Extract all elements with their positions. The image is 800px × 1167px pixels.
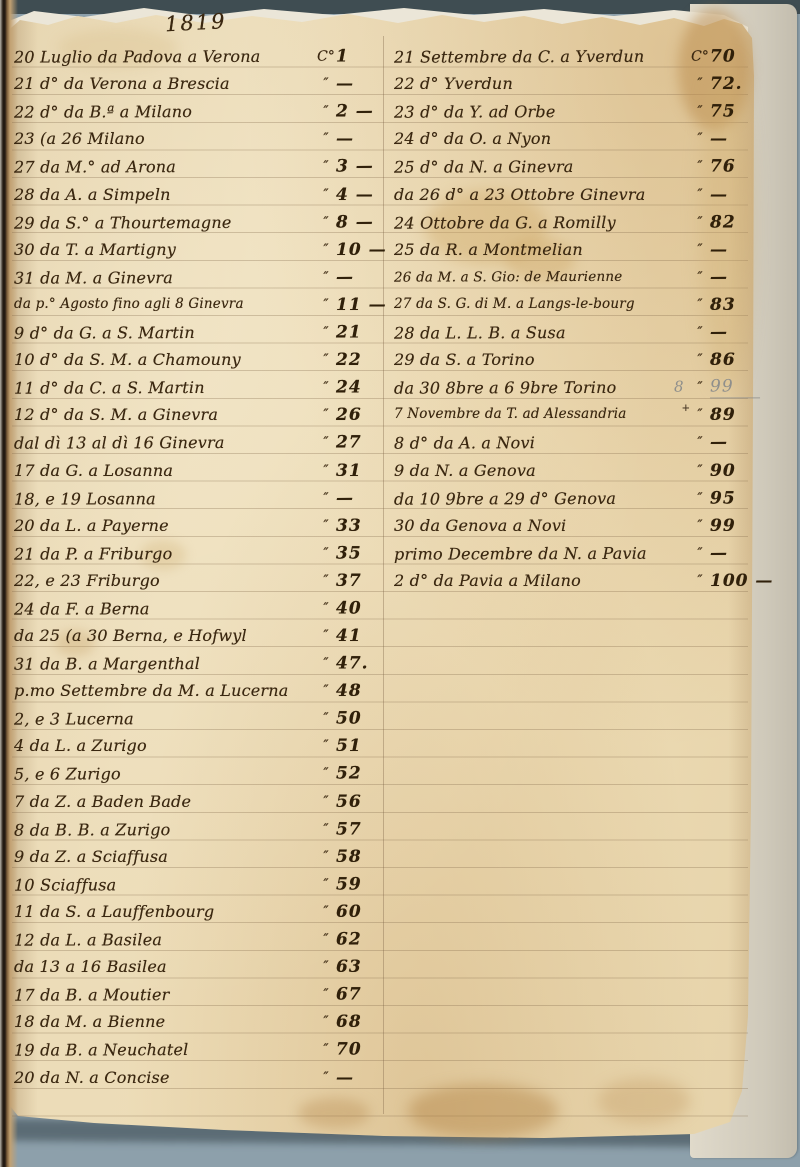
page-number: 1 <box>336 46 386 67</box>
ditto-mark: ″ <box>316 821 336 840</box>
route-text: 23 (a 26 Milano <box>14 129 316 150</box>
route-text: 7 Novembre da T. ad Alessandria <box>394 406 682 426</box>
ditto-mark: ″ <box>690 131 710 150</box>
page-number: 31 <box>336 461 386 482</box>
page-number: 95 <box>710 487 760 508</box>
ditto-mark: ″ <box>690 159 710 178</box>
route-text: 8 d° da A. a Novi <box>394 433 690 455</box>
ditto-mark: ″ <box>316 242 336 261</box>
ledger-row: 9 d° da G. a S. Martin″21 <box>14 315 386 344</box>
stain <box>298 1098 370 1128</box>
ditto-mark: ″ <box>690 187 710 206</box>
page-number: 52 <box>336 763 386 784</box>
page-number: — <box>710 543 760 564</box>
route-text: 9 da N. a Genova <box>394 461 690 482</box>
page-number: 47. <box>336 653 386 674</box>
ditto-mark: ″ <box>316 904 336 923</box>
ledger-row: 22 d° da B.ª a Milano″2 — <box>14 95 386 124</box>
page-number: — <box>710 185 760 206</box>
ditto-mark: ″ <box>316 103 336 122</box>
ditto-mark: ″ <box>316 1041 336 1060</box>
page-number: 100 — <box>710 571 760 592</box>
ledger-row: 7 da Z. a Baden Bade″56 <box>14 785 386 813</box>
ledger-row: 31 da B. a Margenthal″47. <box>14 646 386 675</box>
page-number: 41 <box>336 626 386 647</box>
ditto-mark: ″ <box>316 214 336 233</box>
route-text: 11 da S. a Lauffenbourg <box>14 902 316 923</box>
ditto-mark: ″ <box>316 683 336 702</box>
ditto-mark: ″ <box>690 463 710 482</box>
ditto-mark: ″ <box>316 794 336 813</box>
route-text: dal dì 13 al dì 16 Ginevra <box>14 433 316 455</box>
ditto-mark: ″ <box>316 738 336 757</box>
page-number: 82 <box>710 212 760 233</box>
page-number: 33 <box>336 516 386 537</box>
route-text: da 25 (a 30 Berna, e Hofwyl <box>14 626 316 647</box>
route-text: 22, e 23 Friburgo <box>14 571 316 592</box>
ledger-row: 25 d° da N. a Ginevra″76 <box>394 150 760 179</box>
ledger-row: 20 da L. a Payerne″33 <box>14 509 386 537</box>
route-text: 29 da S.° a Thourtemagne <box>14 212 316 234</box>
route-text: 17 da G. a Losanna <box>14 461 316 482</box>
ledger-row: dal dì 13 al dì 16 Ginevra″27 <box>14 426 386 455</box>
ledger-row: 20 Luglio da Padova a VeronaC°1 <box>14 39 386 68</box>
route-text: 21 d° da Verona a Brescia <box>14 74 316 95</box>
route-text: 25 d° da N. a Ginevra <box>394 157 690 179</box>
page-number: 89 <box>710 405 760 426</box>
ledger-row: 2 d° da Pavia a Milano″100 — <box>394 564 760 592</box>
ledger-row: 9 da Z. a Sciaffusa″58 <box>14 840 386 868</box>
route-text: 11 d° da C. a S. Martin <box>14 377 316 399</box>
ledger-row: 21 Settembre da C. a YverdunC°70 <box>394 39 760 68</box>
ledger-row: primo Decembre da N. a Pavia″— <box>394 536 760 565</box>
page-number: — <box>336 1068 386 1089</box>
page-number: 22 <box>336 350 386 371</box>
page-number: 99 <box>710 516 760 537</box>
ledger-row: 19 da B. a Neuchatel″70 <box>14 1033 386 1062</box>
page-number: 56 <box>336 792 386 813</box>
ledger-row: 20 da N. a Concise″— <box>14 1061 386 1089</box>
ditto-mark: ″ <box>690 103 710 122</box>
ditto-mark: ″ <box>316 876 336 895</box>
route-text: 18, e 19 Losanna <box>14 488 316 510</box>
page-number: 57 <box>336 819 386 840</box>
ditto-mark: ″ <box>316 324 336 343</box>
route-text: 21 Settembre da C. a Yverdun <box>394 46 690 68</box>
route-text: 17 da B. a Moutier <box>14 984 316 1006</box>
ledger-row: p.mo Settembre da M. a Lucerna″48 <box>14 675 386 703</box>
page-number: 8 — <box>336 212 386 233</box>
route-text: 9 da Z. a Sciaffusa <box>14 847 316 868</box>
ledger-row: da 10 9bre a 29 d° Genova″95 <box>394 481 760 510</box>
page-number: 63 <box>336 957 386 978</box>
ditto-mark: ″ <box>316 187 336 206</box>
ledger-row: 11 da S. a Lauffenbourg″60 <box>14 895 386 923</box>
ditto-mark: C° <box>316 48 336 67</box>
route-text: 27 da M.° ad Arona <box>14 157 316 179</box>
ledger-row: 24 da F. a Berna″40 <box>14 591 386 620</box>
ledger-row: 30 da T. a Martigny″10 — <box>14 233 386 261</box>
ledger-row: 27 da M.° ad Arona″3 — <box>14 150 386 179</box>
route-text: 19 da B. a Neuchatel <box>14 1040 316 1062</box>
page-number: 68 <box>336 1012 386 1033</box>
page-number: 50 <box>336 708 386 729</box>
route-text: da 26 d° a 23 Ottobre Ginevra <box>394 185 690 206</box>
ledger-row: 23 d° da Y. ad Orbe″75 <box>394 95 760 124</box>
page-number: 3 — <box>336 156 386 177</box>
route-text: 10 d° da S. M. a Chamouny <box>14 350 316 371</box>
ledger-row: 25 da R. a Montmelian″— <box>394 233 760 261</box>
ledger-row: 2, e 3 Lucerna″50 <box>14 702 386 731</box>
ledger-row: 8 da B. B. a Zurigo″57 <box>14 812 386 841</box>
itinerary-column-right: 21 Settembre da C. a YverdunC°7022 d° Yv… <box>394 40 760 592</box>
page-number: 24 <box>336 377 386 398</box>
page-number: 70 <box>336 1039 386 1060</box>
ledger-row: da 25 (a 30 Berna, e Hofwyl″41 <box>14 619 386 647</box>
page-number: — <box>710 432 760 453</box>
route-text: 20 da N. a Concise <box>14 1068 316 1089</box>
stain <box>598 1078 690 1124</box>
ledger-row: 12 da L. a Basilea″62 <box>14 922 386 951</box>
route-text: da 10 9bre a 29 d° Genova <box>394 488 690 510</box>
page-number: 11 — <box>336 295 386 316</box>
ledger-row: 10 d° da S. M. a Chamouny″22 <box>14 344 386 372</box>
ledger-row: 22 d° Yverdun″72. <box>394 68 760 96</box>
ledger-row: da p.° Agosto fino agli 8 Ginevra″11 — <box>14 288 386 316</box>
route-text: da 30 8bre a 6 9bre Torino <box>394 377 674 399</box>
route-text: 26 da M. a S. Gio: de Maurienne <box>394 268 690 289</box>
page-number: — <box>336 74 386 95</box>
route-text: 30 da T. a Martigny <box>14 240 316 261</box>
page-number: 4 — <box>336 185 386 206</box>
route-text: da 13 a 16 Basilea <box>14 957 316 978</box>
route-text: p.mo Settembre da M. a Lucerna <box>14 681 316 702</box>
route-text: 10 Sciaffusa <box>14 874 316 896</box>
page-number: 75 <box>710 101 760 122</box>
ditto-mark: ″ <box>690 242 710 261</box>
ditto-mark: ″ <box>316 931 336 950</box>
ditto-mark: ″ <box>690 352 710 371</box>
ditto-mark: ″ <box>316 628 336 647</box>
ditto-mark: ″ <box>316 518 336 537</box>
ditto-mark: ″ <box>316 986 336 1005</box>
ledger-row: 28 da A. a Simpeln″4 — <box>14 178 386 206</box>
route-text: 30 da Genova a Novi <box>394 516 690 537</box>
page-number: 60 <box>336 902 386 923</box>
route-text: 28 da L. L. B. a Susa <box>394 322 690 344</box>
ditto-mark: ″ <box>316 710 336 729</box>
ditto-mark: ″ <box>316 490 336 509</box>
pencil-annotation: 8 <box>674 377 690 398</box>
route-text: 22 d° Yverdun <box>394 74 690 95</box>
ditto-mark: ″ <box>690 76 710 95</box>
page-number: 83 <box>710 295 760 316</box>
page-number: — <box>336 129 386 150</box>
itinerary-column-left: 20 Luglio da Padova a VeronaC°121 d° da … <box>14 40 386 1089</box>
ledger-row: 18, e 19 Losanna″— <box>14 481 386 510</box>
ditto-mark: ″ <box>316 297 336 316</box>
page-number: — <box>710 129 760 150</box>
route-text: 24 da F. a Berna <box>14 598 316 620</box>
ledger-row: 4 da L. a Zurigo″51 <box>14 730 386 758</box>
ledger-row: da 26 d° a 23 Ottobre Ginevra″— <box>394 178 760 206</box>
ditto-mark: ″ <box>690 269 710 288</box>
route-text: 28 da A. a Simpeln <box>14 185 316 206</box>
route-text: 8 da B. B. a Zurigo <box>14 819 316 841</box>
ditto-mark: ″ <box>316 158 336 177</box>
route-text: 29 da S. a Torino <box>394 350 690 371</box>
ledger-row: 12 d° da S. M. a Ginevra″26 <box>14 399 386 427</box>
ledger-row: 26 da M. a S. Gio: de Maurienne″— <box>394 260 760 289</box>
page-number: 27 <box>336 432 386 453</box>
ditto-mark: ″ <box>690 379 710 398</box>
ledger-row: 9 da N. a Genova″90 <box>394 454 760 482</box>
ledger-row: 27 da S. G. di M. a Langs-le-bourg″83 <box>394 288 760 316</box>
plus-annotation: + <box>682 403 690 426</box>
route-text: 9 d° da G. a S. Martin <box>14 322 316 344</box>
page-number: 10 — <box>336 240 386 261</box>
ditto-mark: ″ <box>316 379 336 398</box>
route-text: 4 da L. a Zurigo <box>14 736 316 757</box>
page-number: 2 — <box>336 101 386 122</box>
ledger-row: 21 da P. a Friburgo″35 <box>14 536 386 565</box>
ditto-mark: ″ <box>690 434 710 453</box>
ditto-mark: ″ <box>690 490 710 509</box>
page-number: 21 <box>336 322 386 343</box>
ditto-mark: ″ <box>690 407 710 426</box>
route-text: 2, e 3 Lucerna <box>14 708 316 730</box>
ditto-mark: ″ <box>316 463 336 482</box>
ledger-row: 24 d° da O. a Nyon″— <box>394 123 760 151</box>
ditto-mark: ″ <box>316 407 336 426</box>
route-text: 24 d° da O. a Nyon <box>394 129 690 150</box>
ditto-mark: ″ <box>316 1070 336 1089</box>
ditto-mark: ″ <box>316 655 336 674</box>
ditto-mark: ″ <box>316 849 336 868</box>
ledger-row: 29 da S. a Torino″86 <box>394 344 760 372</box>
ditto-mark: ″ <box>690 573 710 592</box>
ditto-mark: ″ <box>690 545 710 564</box>
ledger-row: 29 da S.° a Thourtemagne″8 — <box>14 205 386 234</box>
page-number: 35 <box>336 543 386 564</box>
page-number: 40 <box>336 598 386 619</box>
page-number: 37 <box>336 571 386 592</box>
route-text: 24 Ottobre da G. a Romilly <box>394 212 690 234</box>
stain <box>408 1084 558 1138</box>
page-number: — <box>710 240 760 261</box>
ledger-row: 18 da M. a Bienne″68 <box>14 1006 386 1034</box>
route-text: 12 d° da S. M. a Ginevra <box>14 405 316 426</box>
ditto-mark: ″ <box>316 1014 336 1033</box>
ledger-row: 31 da M. a Ginevra″— <box>14 260 386 289</box>
route-text: 20 da L. a Payerne <box>14 516 316 537</box>
page-number: 70 <box>710 46 760 67</box>
page-number: 58 <box>336 847 386 868</box>
year-heading: 1819 <box>164 8 255 37</box>
page-number: — <box>710 322 760 343</box>
page-number: 26 <box>336 405 386 426</box>
page-number: 76 <box>710 156 760 177</box>
ditto-mark: ″ <box>690 297 710 316</box>
page-number: 90 <box>710 461 760 482</box>
route-text: da p.° Agosto fino agli 8 Ginevra <box>14 296 316 316</box>
route-text: 5, e 6 Zurigo <box>14 764 316 786</box>
route-text: 31 da M. a Ginevra <box>14 267 316 289</box>
page-number: — <box>710 267 760 288</box>
route-text: 21 da P. a Friburgo <box>14 543 316 565</box>
route-text: 27 da S. G. di M. a Langs-le-bourg <box>394 296 690 316</box>
ledger-row: 10 Sciaffusa″59 <box>14 867 386 896</box>
ditto-mark: C° <box>690 48 710 67</box>
page-number: 62 <box>336 929 386 950</box>
page-number: 72. <box>710 74 760 95</box>
route-text: 2 d° da Pavia a Milano <box>394 571 690 592</box>
route-text: 31 da B. a Margenthal <box>14 653 316 675</box>
route-text: 18 da M. a Bienne <box>14 1012 316 1033</box>
ditto-mark: ″ <box>316 573 336 592</box>
ledger-row: 24 Ottobre da G. a Romilly″82 <box>394 205 760 234</box>
ledger-row: 17 da B. a Moutier″67 <box>14 978 386 1007</box>
ditto-mark: ″ <box>316 545 336 564</box>
ledger-row: 7 Novembre da T. ad Alessandria+″89 <box>394 399 760 427</box>
route-text: 12 da L. a Basilea <box>14 929 316 951</box>
ditto-mark: ″ <box>316 352 336 371</box>
page-number: 86 <box>710 350 760 371</box>
page-number: — <box>336 267 386 288</box>
ditto-mark: ″ <box>316 269 336 288</box>
route-text: 20 Luglio da Padova a Verona <box>14 46 316 68</box>
route-text: primo Decembre da N. a Pavia <box>394 543 690 565</box>
ledger-row: 8 d° da A. a Novi″— <box>394 426 760 455</box>
ledger-row: 11 d° da C. a S. Martin″24 <box>14 370 386 399</box>
ledger-row: da 30 8bre a 6 9bre Torino8″99 <box>394 370 760 399</box>
route-text: 7 da Z. a Baden Bade <box>14 792 316 813</box>
page-number: 51 <box>336 736 386 757</box>
ledger-row: 28 da L. L. B. a Susa″— <box>394 315 760 344</box>
ledger-row: da 13 a 16 Basilea″63 <box>14 951 386 979</box>
ditto-mark: ″ <box>690 518 710 537</box>
ledger-row: 23 (a 26 Milano″— <box>14 123 386 151</box>
ditto-mark: ″ <box>690 324 710 343</box>
ledger-row: 30 da Genova a Novi″99 <box>394 509 760 537</box>
page-number: 48 <box>336 681 386 702</box>
ditto-mark: ″ <box>316 959 336 978</box>
page-number: 59 <box>336 874 386 895</box>
page-number: — <box>336 487 386 508</box>
ditto-mark: ″ <box>316 76 336 95</box>
page-number: 67 <box>336 984 386 1005</box>
ledger-row: 17 da G. a Losanna″31 <box>14 454 386 482</box>
ledger-row: 22, e 23 Friburgo″37 <box>14 564 386 592</box>
ledger-row: 21 d° da Verona a Brescia″— <box>14 68 386 96</box>
ditto-mark: ″ <box>690 214 710 233</box>
ditto-mark: ″ <box>316 766 336 785</box>
route-text: 22 d° da B.ª a Milano <box>14 101 316 123</box>
ditto-mark: ″ <box>316 131 336 150</box>
page-number: 99 <box>710 376 760 398</box>
route-text: 23 d° da Y. ad Orbe <box>394 101 690 123</box>
route-text: 25 da R. a Montmelian <box>394 240 690 261</box>
ledger-row: 5, e 6 Zurigo″52 <box>14 757 386 786</box>
ditto-mark: ″ <box>316 600 336 619</box>
ditto-mark: ″ <box>316 434 336 453</box>
